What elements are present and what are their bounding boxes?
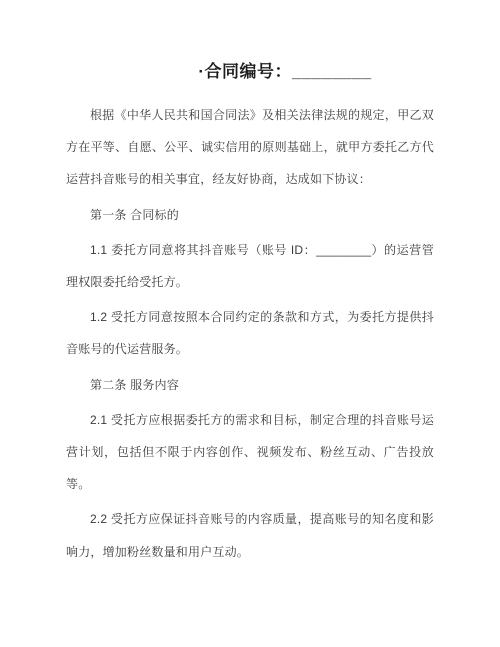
clause-2-1: 2.1 受托方应根据委托方的需求和目标，制定合理的抖音账号运营计划，包括但不限于… bbox=[66, 404, 434, 501]
clause-1-2: 1.2 受托方同意按照本合同约定的条款和方式，为委托方提供抖音账号的代运营服务。 bbox=[66, 301, 434, 365]
section-2-heading: 第二条 服务内容 bbox=[66, 369, 434, 401]
clause-2-2: 2.2 受托方应保证抖音账号的内容质量，提高账号的知名度和影响力，增加粉丝数量和… bbox=[66, 503, 434, 567]
page-title: ·合同编号：________ bbox=[66, 59, 434, 84]
intro-paragraph: 根据《中华人民共和国合同法》及相关法律法规的规定，甲乙双方在平等、自愿、公平、诚… bbox=[66, 99, 434, 196]
contract-document: ·合同编号：________ 根据《中华人民共和国合同法》及相关法律法规的规定，… bbox=[0, 0, 500, 647]
section-1-heading: 第一条 合同标的 bbox=[66, 199, 434, 231]
clause-1-1: 1.1 委托方同意将其抖音账号（账号 ID：________）的运营管理权限委托… bbox=[66, 234, 434, 298]
